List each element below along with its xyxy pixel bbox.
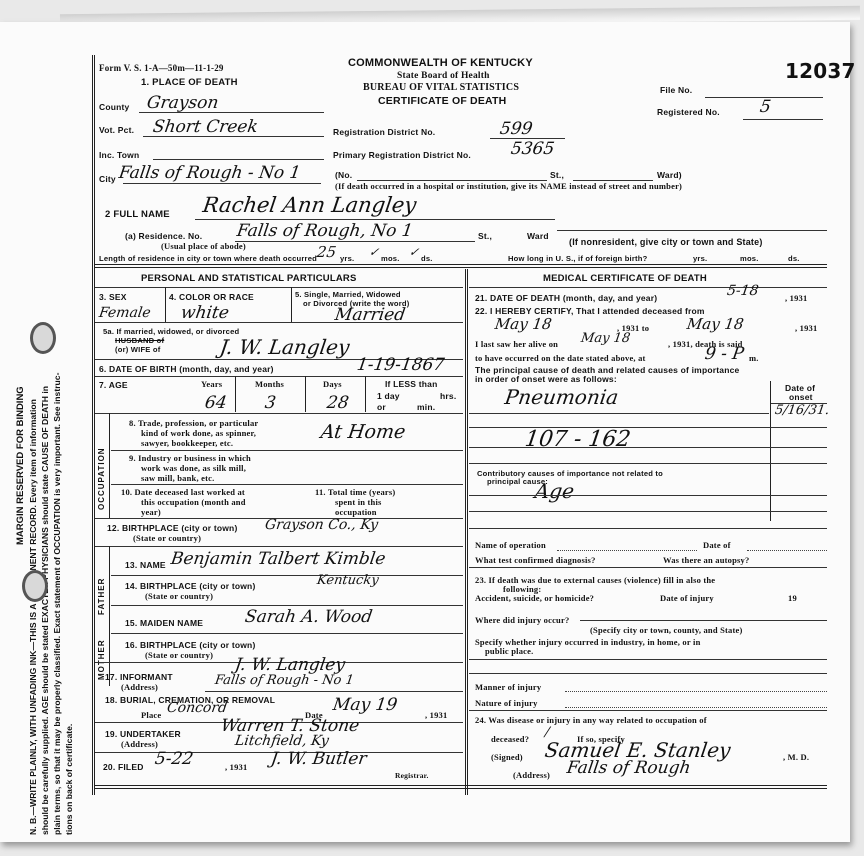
manner-line bbox=[565, 691, 827, 692]
full-name-value: Rachel Ann Langley bbox=[201, 193, 418, 217]
registered-no-value: 5 bbox=[759, 97, 773, 117]
specify-injury-label-2: public place. bbox=[485, 646, 533, 656]
place-of-death-heading: 1. PLACE OF DEATH bbox=[141, 77, 238, 88]
industry-label-1: 9. Industry or business in which bbox=[129, 453, 251, 463]
divider bbox=[95, 287, 463, 288]
nature-of-injury-label: Nature of injury bbox=[475, 698, 538, 708]
dod-value: 5-18 bbox=[726, 283, 760, 299]
city-value: Falls of Rough - No 1 bbox=[118, 163, 302, 183]
cause-value: Pneumonia bbox=[503, 385, 620, 409]
cause-code-value: 107 - 162 bbox=[523, 427, 632, 452]
divider bbox=[580, 620, 827, 621]
divider bbox=[469, 673, 827, 674]
age-label: 7. AGE bbox=[99, 380, 128, 390]
street-label: St., bbox=[550, 170, 564, 180]
last-worked-label-2: this occupation (month and bbox=[141, 497, 246, 507]
spouse-label-3: (or) WIFE of bbox=[115, 345, 160, 354]
onset-column-divider bbox=[770, 381, 771, 521]
residence-sublabel: (Usual place of abode) bbox=[161, 241, 246, 251]
length-days-value: ✓ bbox=[408, 245, 420, 259]
primary-registration-value: 5365 bbox=[510, 139, 556, 159]
last-saw-label: I last saw her alive on bbox=[475, 339, 558, 349]
certificate-form: Form V. S. 1-A—50m—11-1-29 1. PLACE OF D… bbox=[92, 55, 835, 795]
divider bbox=[109, 413, 110, 518]
city-line bbox=[123, 183, 321, 184]
divider bbox=[469, 659, 827, 660]
marital-label-1: 5. Single, Married, Widowed bbox=[295, 290, 401, 299]
birthplace-label-2: (State or country) bbox=[133, 533, 201, 543]
bureau-title: BUREAU OF VITAL STATISTICS bbox=[363, 82, 519, 93]
informant-address-label: (Address) bbox=[121, 682, 158, 692]
spouse-label-1: 5a. If married, widowed, or divorced bbox=[103, 327, 239, 336]
divider bbox=[165, 287, 166, 322]
undertaker-address-label: (Address) bbox=[121, 739, 158, 749]
trade-label-2: kind of work done, as spinner, bbox=[141, 428, 256, 438]
certificate-title: CERTIFICATE OF DEATH bbox=[378, 95, 506, 107]
city-label: City bbox=[99, 174, 116, 184]
operation-line bbox=[557, 550, 697, 551]
divider bbox=[469, 447, 827, 448]
bottom-rule bbox=[95, 785, 827, 789]
spouse-value: J. W. Langley bbox=[218, 335, 351, 359]
industry-label-3: saw mill, bank, etc. bbox=[141, 473, 214, 483]
manner-of-injury-label: Manner of injury bbox=[475, 682, 541, 692]
divider bbox=[469, 427, 827, 428]
last-worked-label-1: 10. Date deceased last worked at bbox=[121, 487, 245, 497]
foreign-ds-label: ds. bbox=[788, 254, 800, 263]
years-label: Years bbox=[201, 379, 222, 389]
onset-date-value: 5/16/31. bbox=[774, 403, 830, 418]
informant-value: J. W. Langley bbox=[234, 655, 347, 675]
last-worked-label-3: year) bbox=[141, 507, 161, 517]
divider bbox=[111, 484, 463, 485]
injury-year: 19 bbox=[788, 593, 797, 603]
street-no-label: (No. bbox=[335, 170, 352, 180]
residence-value: Falls of Rough, No 1 bbox=[236, 221, 414, 241]
divider bbox=[469, 287, 827, 288]
birthplace-value: Grayson Co., Ky bbox=[264, 517, 379, 533]
less-than-label: If LESS than bbox=[385, 379, 437, 389]
dod-year: , 1931 bbox=[785, 293, 807, 303]
sex-label: 3. SEX bbox=[99, 292, 127, 302]
signed-label: (Signed) bbox=[491, 752, 523, 762]
dob-value: 1-19-1867 bbox=[356, 355, 446, 375]
divider bbox=[469, 567, 827, 568]
accident-label: Accident, suicide, or homicide? bbox=[475, 593, 594, 603]
primary-registration-label: Primary Registration District No. bbox=[333, 150, 471, 160]
residence-st-label: St., bbox=[478, 231, 492, 241]
residence-label: (a) Residence. No. bbox=[125, 231, 202, 241]
deceased-label: deceased? bbox=[491, 734, 529, 744]
residence-line bbox=[235, 241, 475, 242]
vot-pct-label: Vot. Pct. bbox=[99, 125, 134, 135]
filed-label: 20. FILED bbox=[103, 762, 144, 772]
divider bbox=[95, 546, 463, 547]
burial-year: , 1931 bbox=[425, 710, 447, 720]
where-injury-sublabel: (Specify city or town, county, and State… bbox=[590, 625, 743, 635]
dob-label: 6. DATE OF BIRTH (month, day, and year) bbox=[99, 364, 274, 374]
registered-no-label: Registered No. bbox=[657, 107, 720, 117]
burial-date-value: May 19 bbox=[332, 695, 399, 715]
margin-instruction-line-4: tions on back of certificate. bbox=[64, 724, 75, 835]
father-name-label: 13. NAME bbox=[125, 560, 166, 570]
total-time-label-1: 11. Total time (years) bbox=[315, 487, 395, 497]
father-side-label: FATHER bbox=[97, 578, 106, 615]
one-day-label: 1 day bbox=[377, 391, 400, 401]
race-value: white bbox=[180, 303, 231, 323]
sex-value: Female bbox=[98, 305, 152, 321]
divider bbox=[111, 633, 463, 634]
margin-reserved-text: MARGIN RESERVED FOR BINDING bbox=[16, 386, 27, 545]
divider bbox=[111, 605, 463, 606]
total-time-label-2: spent in this bbox=[335, 497, 382, 507]
inc-town-label: Inc. Town bbox=[99, 150, 139, 160]
father-birthplace-value: Kentucky bbox=[316, 573, 380, 588]
birthplace-label-1: 12. BIRTHPLACE (city or town) bbox=[107, 523, 237, 533]
trade-label-1: 8. Trade, profession, or particular bbox=[129, 418, 258, 428]
industry-label-2: work was done, as silk mill, bbox=[141, 463, 246, 473]
divider bbox=[111, 450, 463, 451]
divider bbox=[469, 528, 827, 529]
divider bbox=[469, 463, 827, 464]
length-months-value: ✓ bbox=[368, 245, 380, 259]
dod-label: 21. DATE OF DEATH (month, day, and year) bbox=[475, 293, 657, 303]
injury-date-label: Date of injury bbox=[660, 593, 714, 603]
divider bbox=[235, 376, 236, 412]
registration-district-label: Registration District No. bbox=[333, 127, 435, 137]
length-residence-label: Length of residence in city or town wher… bbox=[99, 254, 317, 263]
burial-place-label: Place bbox=[141, 710, 161, 720]
burial-place-value: Concord bbox=[166, 700, 228, 716]
divider bbox=[95, 322, 463, 323]
margin-instruction-line-1: N. B.—WRITE PLAINLY, WITH UNFADING INK—T… bbox=[28, 399, 39, 835]
hospital-note: (If death occurred in a hospital or inst… bbox=[335, 181, 682, 191]
margin-instruction-line-2: should be carefully supplied. AGE should… bbox=[40, 386, 51, 835]
total-time-label-3: occupation bbox=[335, 507, 377, 517]
father-birthplace-label-1: 14. BIRTHPLACE (city or town) bbox=[125, 581, 255, 591]
ward-label: Ward) bbox=[657, 170, 682, 180]
form-number: Form V. S. 1-A—50m—11-1-29 bbox=[99, 63, 224, 73]
divider bbox=[95, 413, 463, 414]
father-name-value: Benjamin Talbert Kimble bbox=[170, 549, 387, 569]
commonwealth-title: COMMONWEALTH OF KENTUCKY bbox=[348, 57, 533, 69]
divider bbox=[469, 710, 827, 711]
operation-date-line bbox=[747, 550, 827, 551]
to-year: , 1931 bbox=[795, 323, 817, 333]
operation-label: Name of operation bbox=[475, 540, 546, 550]
mother-maiden-name-value: Sarah A. Wood bbox=[244, 607, 374, 627]
test-confirmed-label: What test confirmed diagnosis? bbox=[475, 555, 596, 565]
operation-date-label: Date of bbox=[703, 540, 731, 550]
race-label: 4. COLOR OR RACE bbox=[169, 292, 254, 302]
attended-to-value: May 18 bbox=[686, 315, 745, 333]
county-value: Grayson bbox=[146, 93, 220, 113]
file-no-label: File No. bbox=[660, 85, 692, 95]
personal-heading: PERSONAL AND STATISTICAL PARTICULARS bbox=[141, 273, 357, 284]
physician-address-label: (Address) bbox=[513, 770, 550, 780]
divider bbox=[469, 511, 827, 512]
section-divider bbox=[95, 264, 827, 268]
trade-value: At Home bbox=[319, 421, 406, 443]
board-of-health: State Board of Health bbox=[397, 71, 490, 81]
binding-hole-bottom bbox=[22, 570, 48, 602]
residence-ward-label: Ward bbox=[527, 231, 549, 241]
length-years-value: 25 bbox=[316, 243, 338, 261]
age-days-value: 28 bbox=[326, 393, 350, 413]
binding-hole-top bbox=[30, 322, 56, 354]
divider bbox=[109, 546, 110, 686]
registrar-label: Registrar. bbox=[395, 771, 429, 780]
divider bbox=[291, 287, 292, 322]
autopsy-label: Was there an autopsy? bbox=[663, 555, 749, 565]
divider bbox=[469, 413, 769, 414]
md-label: , M. D. bbox=[783, 752, 809, 762]
foreign-mos-label: mos. bbox=[740, 254, 759, 263]
months-label: Months bbox=[255, 379, 284, 389]
last-saw-value: May 18 bbox=[580, 331, 631, 346]
undertaker-label: 19. UNDERTAKER bbox=[105, 729, 181, 739]
age-months-value: 3 bbox=[264, 393, 278, 413]
hrs-label: hrs. bbox=[440, 391, 456, 401]
contributory-value: Age bbox=[533, 479, 575, 503]
full-name-line bbox=[195, 219, 555, 220]
nonresident-note: (If nonresident, give city or town and S… bbox=[569, 237, 763, 247]
filed-year: , 1931 bbox=[225, 762, 247, 772]
divider bbox=[205, 691, 463, 692]
margin-instruction-line-3: plain terms, so that it may be properly … bbox=[52, 373, 63, 835]
time-m-label: m. bbox=[749, 353, 759, 363]
where-injury-label: Where did injury occur? bbox=[475, 615, 569, 625]
father-birthplace-label-2: (State or country) bbox=[145, 591, 213, 601]
length-ds-label: ds. bbox=[421, 254, 433, 263]
occupation-side-label: OCCUPATION bbox=[97, 447, 106, 510]
min-label: min. bbox=[417, 402, 435, 412]
mother-maiden-name-label: 15. MAIDEN NAME bbox=[125, 618, 203, 628]
days-label: Days bbox=[323, 379, 342, 389]
foreign-yrs-label: yrs. bbox=[693, 254, 707, 263]
undertaker-address-value: Litchfield, Ky bbox=[234, 733, 330, 749]
onset-label-2: onset bbox=[789, 392, 813, 402]
filed-value: 5-22 bbox=[154, 749, 195, 769]
vot-pct-value: Short Creek bbox=[152, 117, 260, 137]
informant-address-value: Falls of Rough - No 1 bbox=[214, 673, 355, 688]
divider bbox=[305, 376, 306, 412]
length-yrs-label: yrs. bbox=[340, 254, 354, 263]
age-years-value: 64 bbox=[204, 393, 228, 413]
divider bbox=[111, 575, 463, 576]
informant-label: 17. INFORMANT bbox=[105, 672, 173, 682]
inc-town-line bbox=[153, 159, 324, 160]
residence-ward-line bbox=[557, 230, 827, 231]
nature-line bbox=[565, 707, 827, 708]
mother-birthplace-label-1: 16. BIRTHPLACE (city or town) bbox=[125, 640, 255, 650]
attended-from-value: May 18 bbox=[494, 315, 553, 333]
time-of-death-value: 9 - P bbox=[704, 344, 746, 364]
physician-address-value: Falls of Rough bbox=[566, 758, 692, 778]
full-name-label: 2 FULL NAME bbox=[105, 209, 170, 220]
trade-label-3: sawyer, bookkeeper, etc. bbox=[141, 438, 233, 448]
divider bbox=[469, 495, 827, 496]
related-occupation-label: 24. Was disease or injury in any way rel… bbox=[475, 715, 707, 725]
file-number-stamp: 12037 bbox=[785, 59, 856, 83]
registration-district-value: 599 bbox=[499, 119, 534, 139]
registered-no-line bbox=[743, 119, 823, 120]
divider bbox=[95, 376, 463, 377]
mother-birthplace-label-2: (State or country) bbox=[145, 650, 213, 660]
registrar-signature: J. W. Butler bbox=[270, 749, 368, 769]
or-label: or bbox=[377, 402, 386, 412]
foreign-birth-label: How long in U. S., if of foreign birth? bbox=[508, 254, 647, 263]
county-label: County bbox=[99, 102, 129, 112]
length-mos-label: mos. bbox=[381, 254, 400, 263]
divider bbox=[365, 376, 366, 412]
medical-heading: MEDICAL CERTIFICATE OF DEATH bbox=[543, 273, 707, 284]
spouse-label-2: HUSBAND of bbox=[115, 336, 164, 345]
occurred-label: to have occurred on the date stated abov… bbox=[475, 353, 646, 363]
column-divider bbox=[465, 269, 468, 795]
cause-label-2: in order of onset were as follows: bbox=[475, 374, 617, 384]
